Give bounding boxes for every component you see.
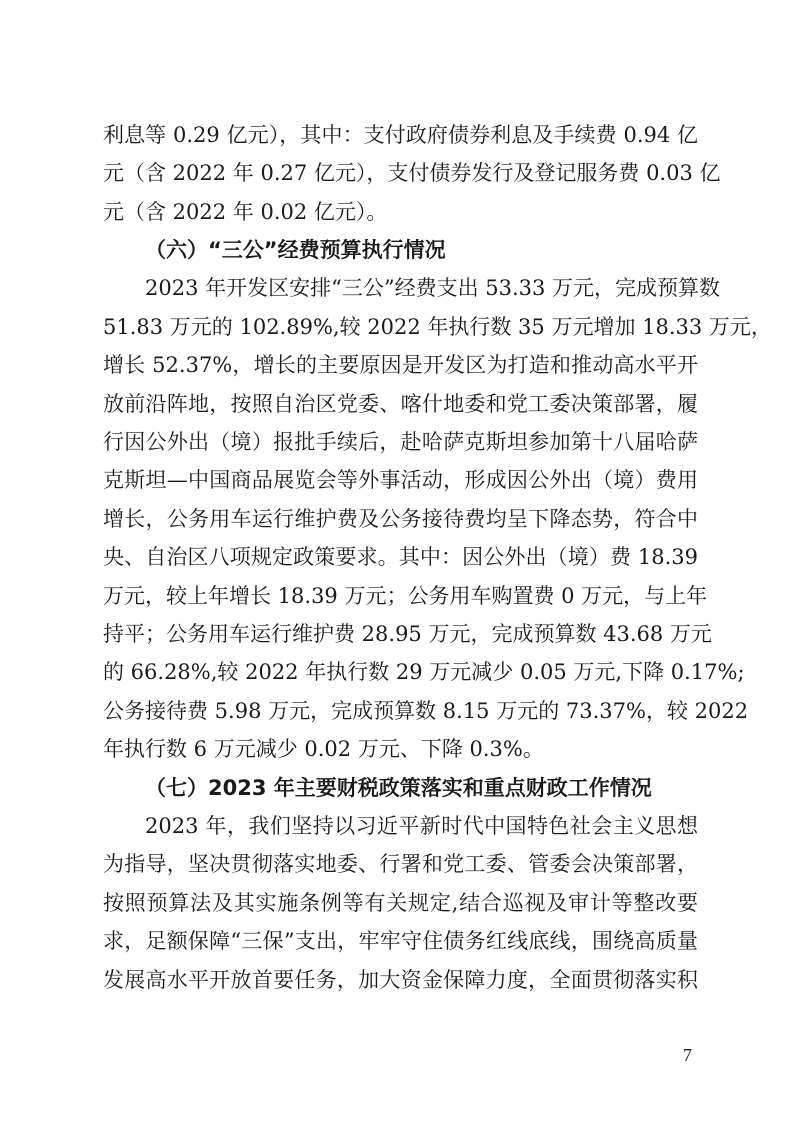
paragraph-line: 2023 年开发区安排“三公”经费支出 53.33 万元，完成预算数 [145,275,698,301]
paragraph-line: 放前沿阵地，按照自治区党委、喀什地委和党工委决策部署，履 [103,391,698,417]
paragraph-line: 的 66.28%,较 2022 年执行数 29 万元减少 0.05 万元,下降 … [103,659,698,685]
paragraph-line: 发展高水平开放首要任务，加大资金保障力度，全面贯彻落实积 [103,967,698,993]
section-heading-seven: （七）2023 年主要财税政策落实和重点财政工作情况 [145,775,652,801]
paragraph-line: 利息等 0.29 亿元），其中：支付政府债券利息及手续费 0.94 亿 [103,122,698,148]
paragraph-line: 元（含 2022 年 0.27 亿元），支付债券发行及登记服务费 0.03 亿 [103,160,698,186]
paragraph-line: 行因公外出（境）报批手续后，赴哈萨克斯坦参加第十八届哈萨 [103,429,698,455]
paragraph-line: 51.83 万元的 102.89%,较 2022 年执行数 35 万元增加 18… [103,314,698,340]
paragraph-line: 按照预算法及其实施条例等有关规定,结合巡视及审计等整改要 [103,890,698,916]
paragraph-line: 年执行数 6 万元减少 0.02 万元、下降 0.3%。 [103,736,698,762]
paragraph-line: 元（含 2022 年 0.02 亿元）。 [103,199,698,225]
paragraph-line: 央、自治区八项规定政策要求。其中：因公外出（境）费 18.39 [103,544,698,570]
paragraph-line: 克斯坦—中国商品展览会等外事活动，形成因公外出（境）费用 [103,467,698,493]
page-number: 7 [683,1045,692,1066]
paragraph-line: 公务接待费 5.98 万元，完成预算数 8.15 万元的 73.37%，较 20… [103,698,698,724]
document-page: 利息等 0.29 亿元），其中：支付政府债券利息及手续费 0.94 亿 元（含 … [0,0,793,1122]
paragraph-line: 万元，较上年增长 18.39 万元；公务用车购置费 0 万元，与上年 [103,583,698,609]
paragraph-line: 求，足额保障“三保”支出，牢牢守住债务红线底线，围绕高质量 [103,928,698,954]
section-heading-six: （六）“三公”经费预算执行情况 [145,237,446,263]
paragraph-line: 增长，公务用车运行维护费及公务接待费均呈下降态势，符合中 [103,506,698,532]
paragraph-line: 持平；公务用车运行维护费 28.95 万元，完成预算数 43.68 万元 [103,621,698,647]
paragraph-line: 增长 52.37%，增长的主要原因是开发区为打造和推动高水平开 [103,352,698,378]
paragraph-line: 为指导，坚决贯彻落实地委、行署和党工委、管委会决策部署， [103,851,698,877]
paragraph-line: 2023 年，我们坚持以习近平新时代中国特色社会主义思想 [145,813,698,839]
